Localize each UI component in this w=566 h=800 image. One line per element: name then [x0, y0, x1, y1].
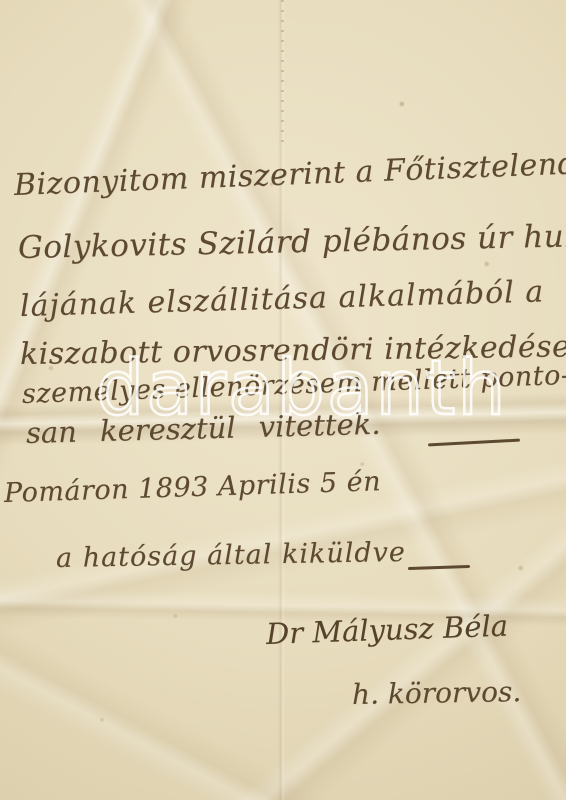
issued-by-line: a hatóság által kiküldve	[56, 537, 406, 574]
scanned-letter-page: Bizonyitom miszerint a Főtisztelendő Gol…	[0, 0, 566, 800]
signature-title: h. körorvos.	[352, 675, 522, 711]
